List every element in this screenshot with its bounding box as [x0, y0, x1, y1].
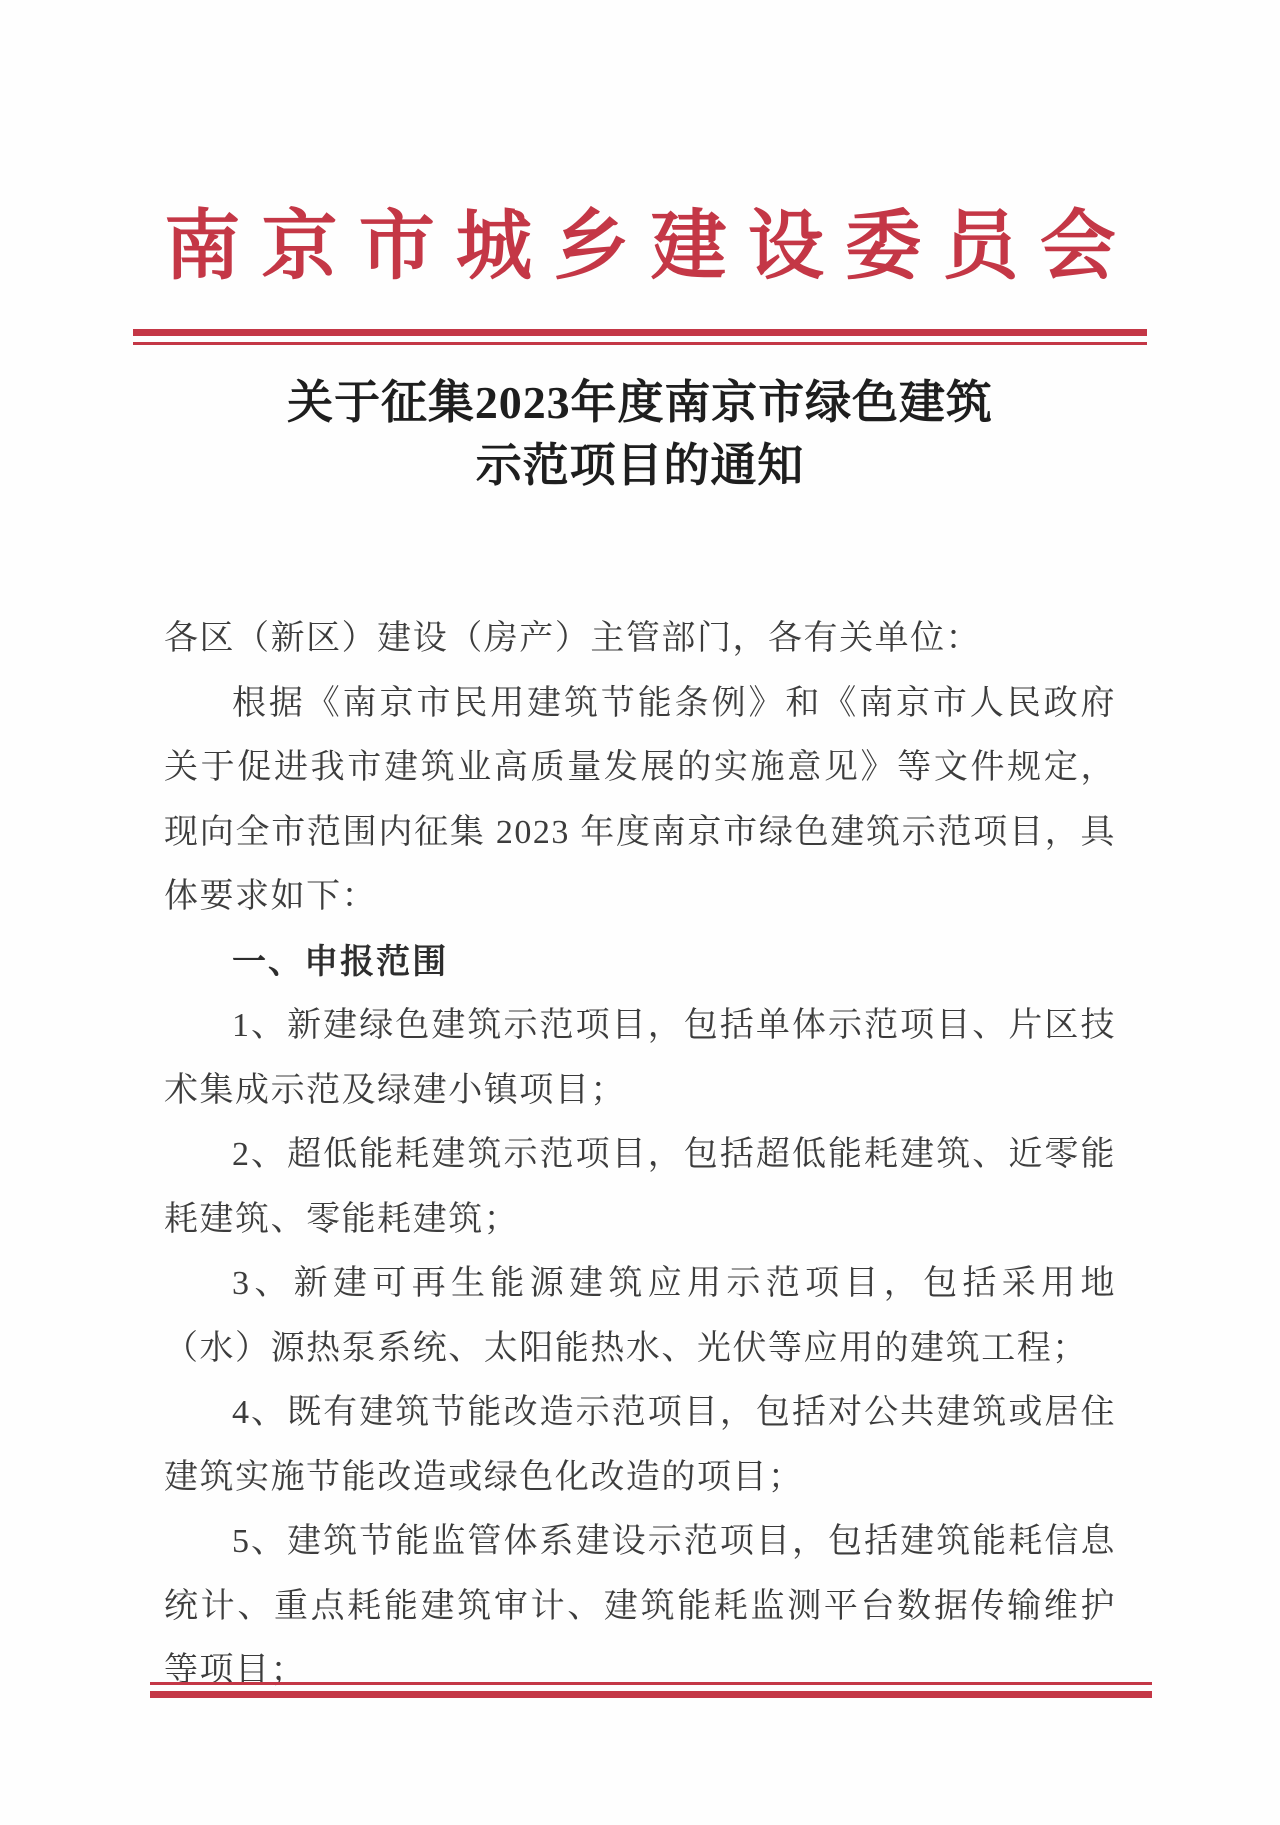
footer-divider: [150, 1682, 1152, 1698]
section-heading-application-scope: 一、申报范围: [164, 930, 1116, 995]
footer-divider-thin-line: [150, 1682, 1152, 1685]
letterhead: 南京市城乡建设委员会: [0, 0, 1280, 345]
list-item-5: 5、建筑节能监管体系建设示范项目，包括建筑能耗信息统计、重点耗能建筑审计、建筑能…: [164, 1510, 1116, 1704]
document-page: 南京市城乡建设委员会 关于征集2023年度南京市绿色建筑 示范项目的通知 各区（…: [0, 0, 1280, 1825]
document-title-line1: 关于征集2023年度南京市绿色建筑: [0, 371, 1280, 434]
header-divider-thick-line: [133, 329, 1147, 336]
document-body: 各区（新区）建设（房产）主管部门，各有关单位： 根据《南京市民用建筑节能条例》和…: [164, 607, 1116, 1704]
list-item-3: 3、新建可再生能源建筑应用示范项目，包括采用地（水）源热泵系统、太阳能热水、光伏…: [164, 1252, 1116, 1381]
document-title-line2: 示范项目的通知: [0, 434, 1280, 497]
intro-paragraph: 根据《南京市民用建筑节能条例》和《南京市人民政府关于促进我市建筑业高质量发展的实…: [164, 672, 1116, 930]
footer-divider-thick-line: [150, 1691, 1152, 1698]
letterhead-agency-name: 南京市城乡建设委员会: [0, 202, 1280, 293]
document-title: 关于征集2023年度南京市绿色建筑 示范项目的通知: [0, 371, 1280, 497]
header-divider: [133, 329, 1147, 345]
list-item-2: 2、超低能耗建筑示范项目，包括超低能耗建筑、近零能耗建筑、零能耗建筑；: [164, 1123, 1116, 1252]
salutation-line: 各区（新区）建设（房产）主管部门，各有关单位：: [164, 607, 1116, 672]
list-item-4: 4、既有建筑节能改造示范项目，包括对公共建筑或居住建筑实施节能改造或绿色化改造的…: [164, 1381, 1116, 1510]
list-item-1: 1、新建绿色建筑示范项目，包括单体示范项目、片区技术集成示范及绿建小镇项目；: [164, 994, 1116, 1123]
header-divider-thin-line: [133, 342, 1147, 345]
